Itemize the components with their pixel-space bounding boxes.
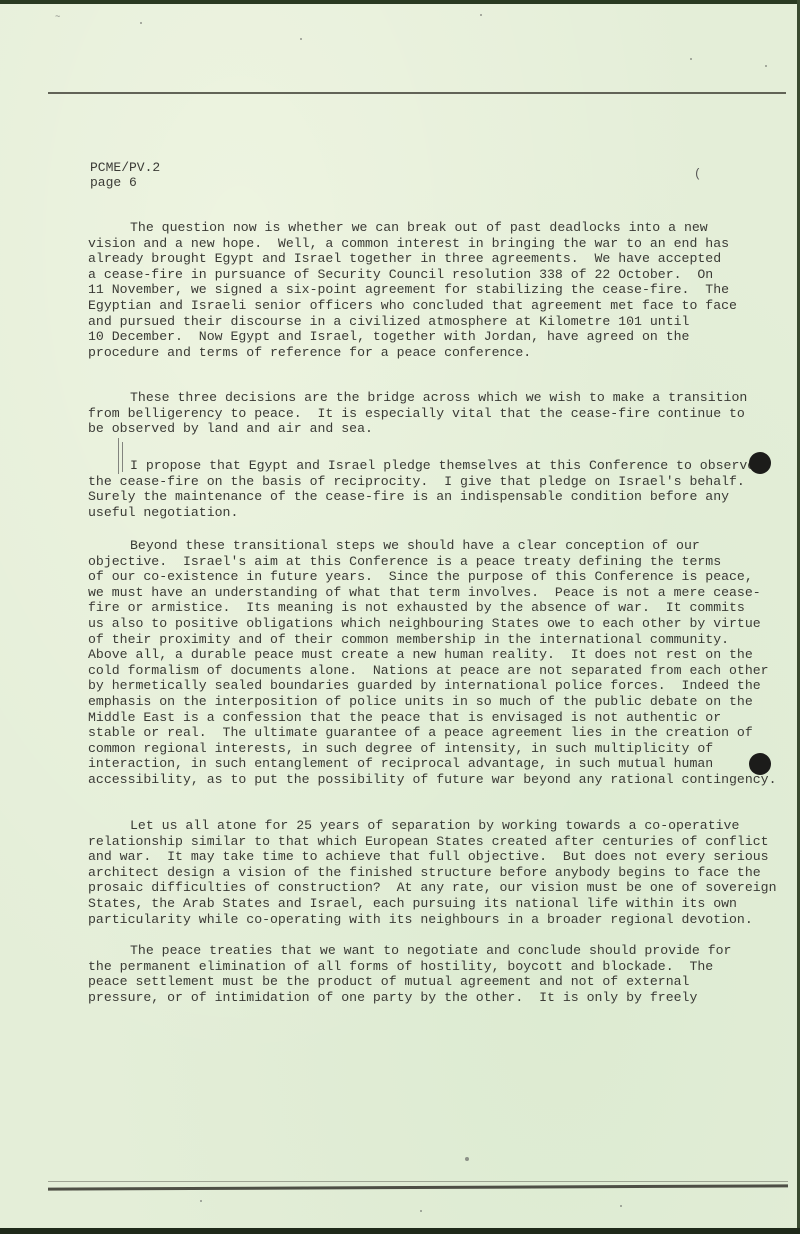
text-line: emphasis on the interposition of police …: [88, 694, 777, 710]
scan-mark: ~: [55, 12, 60, 22]
bottom-scan-edge: [0, 1228, 800, 1234]
text-line: by hermetically sealed boundaries guarde…: [88, 678, 777, 694]
scan-speck: [420, 1210, 422, 1212]
text-line: Egyptian and Israeli senior officers who…: [88, 298, 737, 314]
scan-speck: [300, 38, 302, 40]
text-line: from belligerency to peace. It is especi…: [88, 406, 747, 422]
text-line: pressure, or of intimidation of one part…: [88, 990, 731, 1006]
text-line: vision and a new hope. Well, a common in…: [88, 236, 737, 252]
text-line: of their proximity and of their common m…: [88, 632, 777, 648]
text-line: States, the Arab States and Israel, each…: [88, 896, 777, 912]
bottom-rule-thin: [48, 1181, 788, 1182]
text-line: 11 November, we signed a six-point agree…: [88, 282, 737, 298]
text-line: The peace treaties that we want to negot…: [88, 943, 731, 959]
text-line: relationship similar to that which Europ…: [88, 834, 777, 850]
margin-change-bar: [118, 438, 119, 474]
scan-speck: [690, 58, 692, 60]
text-line: useful negotiation.: [88, 505, 755, 521]
document-symbol: PCME/PV.2: [90, 160, 160, 175]
scan-speck: [620, 1205, 622, 1207]
text-line: Let us all atone for 25 years of separat…: [88, 818, 777, 834]
text-line: stable or real. The ultimate guarantee o…: [88, 725, 777, 741]
bottom-rule: [48, 1184, 788, 1190]
text-line: and pursued their discourse in a civiliz…: [88, 314, 737, 330]
paragraph-1: The question now is whether we can break…: [88, 220, 737, 360]
top-rule: [48, 92, 786, 94]
text-line: The question now is whether we can break…: [88, 220, 737, 236]
text-line: interaction, in such entanglement of rec…: [88, 756, 777, 772]
paragraph-2: These three decisions are the bridge acr…: [88, 390, 747, 437]
text-line: prosaic difficulties of construction? At…: [88, 880, 777, 896]
text-line: be observed by land and air and sea.: [88, 421, 747, 437]
scan-speck: [140, 22, 142, 24]
punch-hole: [749, 753, 771, 775]
text-line: Above all, a durable peace must create a…: [88, 647, 777, 663]
paragraph-3: I propose that Egypt and Israel pledge t…: [88, 458, 755, 520]
scan-speck: [480, 14, 482, 16]
page-number: page 6: [90, 175, 160, 190]
text-line: particularity while co-operating with it…: [88, 912, 777, 928]
text-line: common regional interests, in such degre…: [88, 741, 777, 757]
text-line: procedure and terms of reference for a p…: [88, 345, 737, 361]
text-line: fire or armistice. Its meaning is not ex…: [88, 600, 777, 616]
top-scan-edge: [0, 0, 800, 4]
paragraph-5: Let us all atone for 25 years of separat…: [88, 818, 777, 927]
document-reference: PCME/PV.2 page 6: [90, 160, 160, 190]
scan-speck: [765, 65, 767, 67]
scan-speck: [465, 1157, 469, 1161]
margin-change-bar: [122, 442, 123, 472]
text-line: and war. It may take time to achieve tha…: [88, 849, 777, 865]
text-line: cold formalism of documents alone. Natio…: [88, 663, 777, 679]
text-line: Middle East is a confession that the pea…: [88, 710, 777, 726]
document-page: ~ PCME/PV.2 page 6 ( The question now is…: [0, 0, 800, 1234]
text-line: I propose that Egypt and Israel pledge t…: [88, 458, 755, 474]
text-line: we must have an understanding of what th…: [88, 585, 777, 601]
text-line: the permanent elimination of all forms o…: [88, 959, 731, 975]
scan-speck: [200, 1200, 202, 1202]
paragraph-4: Beyond these transitional steps we shoul…: [88, 538, 777, 788]
paragraph-6: The peace treaties that we want to negot…: [88, 943, 731, 1005]
text-line: of our co-existence in future years. Sin…: [88, 569, 777, 585]
text-line: 10 December. Now Egypt and Israel, toget…: [88, 329, 737, 345]
text-line: a cease-fire in pursuance of Security Co…: [88, 267, 737, 283]
text-line: objective. Israel's aim at this Conferen…: [88, 554, 777, 570]
text-line: accessibility, as to put the possibility…: [88, 772, 777, 788]
text-line: These three decisions are the bridge acr…: [88, 390, 747, 406]
text-line: already brought Egypt and Israel togethe…: [88, 251, 737, 267]
scan-mark-tick: (: [694, 167, 701, 181]
text-line: us also to positive obligations which ne…: [88, 616, 777, 632]
text-line: peace settlement must be the product of …: [88, 974, 731, 990]
punch-hole: [749, 452, 771, 474]
text-line: architect design a vision of the finishe…: [88, 865, 777, 881]
text-line: Surely the maintenance of the cease-fire…: [88, 489, 755, 505]
text-line: Beyond these transitional steps we shoul…: [88, 538, 777, 554]
text-line: the cease-fire on the basis of reciproci…: [88, 474, 755, 490]
